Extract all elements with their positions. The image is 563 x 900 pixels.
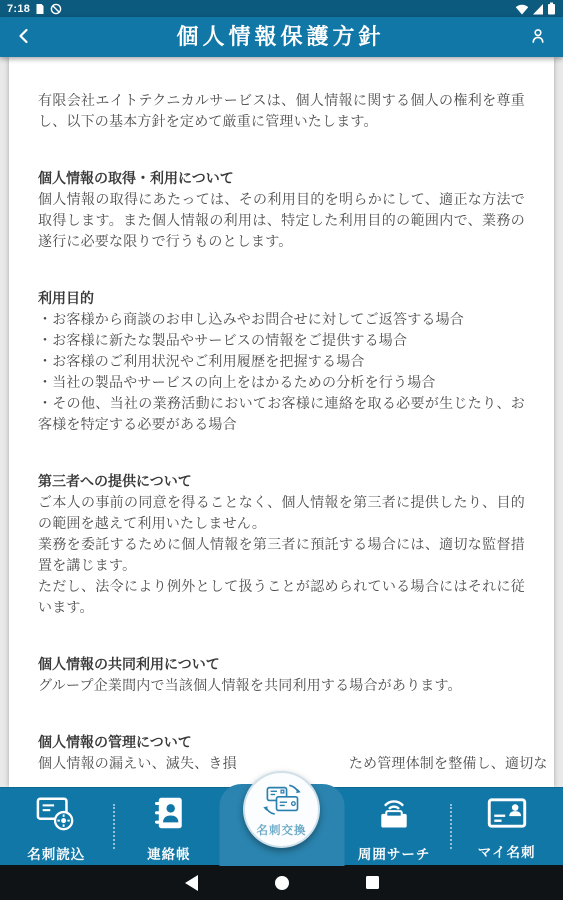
section-acquisition: 個人情報の取得・利用について 個人情報の取得にあたっては、その利用目的を明らかに… xyxy=(38,168,525,252)
do-not-disturb-icon xyxy=(50,3,62,15)
content-area[interactable]: 有限会社エイトテクニカルサービスは、個人情報に関する個人の権利を尊重し、以下の基… xyxy=(0,57,563,787)
occluded-gap xyxy=(237,753,349,774)
body-fragment-right: ため管理体制を整備し、適切な xyxy=(349,753,548,774)
nav-label: 連絡帳 xyxy=(147,843,191,863)
section-heading: 利用目的 xyxy=(38,288,525,309)
section-third-party: 第三者への提供について ご本人の事前の同意を得ることなく、個人情報を第三者に提供… xyxy=(38,471,525,618)
bottom-nav: 名刺読込 連絡帳 xyxy=(0,787,563,865)
section-body: ご本人の事前の同意を得ることなく、個人情報を第三者に提供したり、目的の範囲を越え… xyxy=(38,492,525,618)
nav-item-card-scan[interactable]: 名刺読込 xyxy=(0,788,113,865)
android-recents-button[interactable] xyxy=(366,876,379,889)
nav-divider xyxy=(113,804,115,849)
android-back-button[interactable] xyxy=(185,875,198,891)
section-heading: 個人情報の取得・利用について xyxy=(38,168,525,189)
back-chevron-icon xyxy=(16,28,32,47)
app-screen: 7:18 個人情報保護方針 xyxy=(0,0,563,900)
nav-label: マイ名刺 xyxy=(478,841,536,861)
nav-item-nearby-search[interactable]: 周囲サーチ xyxy=(338,788,451,865)
nearby-search-icon xyxy=(374,794,414,837)
body-fragment-left: 個人情報の漏えい、滅失、き損 xyxy=(38,753,237,774)
section-body: ・お客様から商談のお申し込みやお問合せに対してご返答する場合 ・お客様に新たな製… xyxy=(38,309,525,435)
contacts-book-icon xyxy=(152,794,186,837)
page-title: 個人情報保護方針 xyxy=(36,17,525,57)
card-exchange-tab: 名刺交換 xyxy=(219,784,344,866)
section-heading: 個人情報の管理について xyxy=(38,732,525,753)
android-navigation-bar xyxy=(0,865,563,900)
nav-label: 名刺読込 xyxy=(27,843,85,863)
section-body: グループ企業間内で当該個人情報を共同利用する場合があります。 xyxy=(38,675,525,696)
nav-label: 周囲サーチ xyxy=(358,843,431,863)
app-header: 個人情報保護方針 xyxy=(0,17,563,57)
cell-signal-icon xyxy=(532,3,544,15)
status-time: 7:18 xyxy=(7,3,30,15)
section-shared-use: 個人情報の共同利用について グループ企業間内で当該個人情報を共同利用する場合があ… xyxy=(38,654,525,696)
nav-item-contacts[interactable]: 連絡帳 xyxy=(113,788,226,865)
policy-intro: 有限会社エイトテクニカルサービスは、個人情報に関する個人の権利を尊重し、以下の基… xyxy=(38,90,525,132)
battery-icon xyxy=(547,2,556,15)
account-button[interactable] xyxy=(525,23,551,52)
section-body: 個人情報の取得にあたっては、その利用目的を明らかにして、適正な方法で取得します。… xyxy=(38,189,525,252)
card-scan-icon xyxy=(36,794,76,837)
card-exchange-icon xyxy=(261,781,303,821)
card-exchange-button[interactable]: 名刺交換 xyxy=(243,771,320,848)
android-home-button[interactable] xyxy=(275,876,289,890)
nav-divider xyxy=(450,804,452,849)
section-heading: 個人情報の共同利用について xyxy=(38,654,525,675)
section-purpose: 利用目的 ・お客様から商談のお申し込みやお問合せに対してご返答する場合 ・お客様… xyxy=(38,288,525,435)
section-heading: 第三者への提供について xyxy=(38,471,525,492)
policy-card: 有限会社エイトテクニカルサービスは、個人情報に関する個人の権利を尊重し、以下の基… xyxy=(9,57,554,787)
status-right-icons xyxy=(515,2,556,15)
back-button[interactable] xyxy=(12,24,36,51)
file-status-icon xyxy=(35,3,45,15)
nav-label: 名刺交換 xyxy=(257,822,307,838)
person-icon xyxy=(529,27,547,48)
my-card-icon xyxy=(487,796,527,835)
nav-item-my-card[interactable]: マイ名刺 xyxy=(450,788,563,865)
wifi-icon xyxy=(515,3,529,15)
section-management: 個人情報の管理について 個人情報の漏えい、滅失、き損 ため管理体制を整備し、適切… xyxy=(38,732,525,774)
status-bar: 7:18 xyxy=(0,0,563,17)
